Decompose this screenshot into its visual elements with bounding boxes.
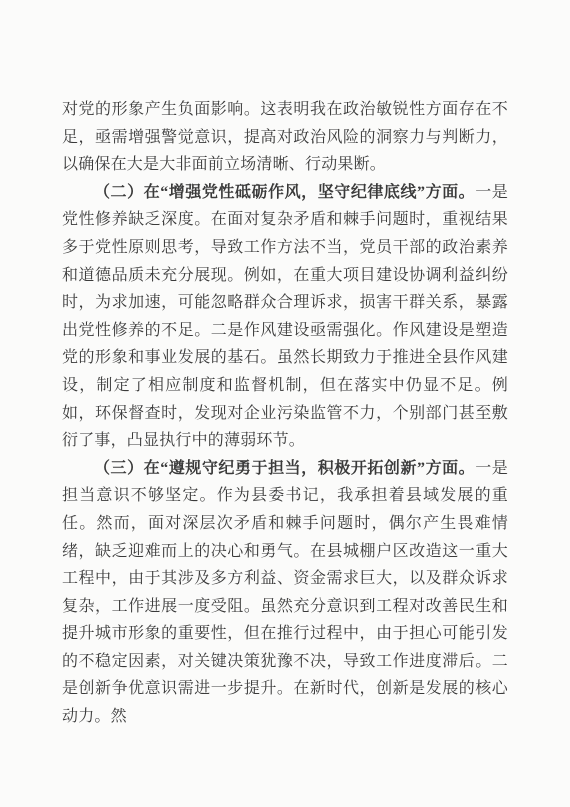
section-heading-3: （三）在“遵规守纪勇于担当，积极开拓创新”方面。 (94, 460, 475, 477)
paragraph-text: 一是担当意识不够坚定。作为县委书记，我承担着县域发展的重任。然而，面对深层次矛盾… (62, 460, 508, 725)
page-background: 对党的形象产生负面影响。这表明我在政治敏锐性方面存在不足，亟需增强警觉意识，提高… (0, 0, 570, 807)
document-page: { "page": { "kind": "scanned official do… (0, 0, 570, 807)
paragraph-continuation: 对党的形象产生负面影响。这表明我在政治敏锐性方面存在不足，亟需增强警觉意识，提高… (62, 96, 508, 179)
paragraph-text: 一是党性修养缺乏深度。在面对复杂矛盾和棘手问题时，重视结果多于党性原则思考，导致… (62, 184, 508, 449)
paragraph-section-2: （二）在“增强党性砥砺作风，坚守纪律底线”方面。一是党性修养缺乏深度。在面对复杂… (62, 179, 508, 455)
document-text-block: 对党的形象产生负面影响。这表明我在政治敏锐性方面存在不足，亟需增强警觉意识，提高… (62, 96, 508, 731)
paragraph-section-3: （三）在“遵规守纪勇于担当，积极开拓创新”方面。一是担当意识不够坚定。作为县委书… (62, 455, 508, 731)
paragraph-text: 对党的形象产生负面影响。这表明我在政治敏锐性方面存在不足，亟需增强警觉意识，提高… (62, 101, 508, 173)
section-heading-2: （二）在“增强党性砥砺作风，坚守纪律底线”方面。 (94, 184, 475, 201)
